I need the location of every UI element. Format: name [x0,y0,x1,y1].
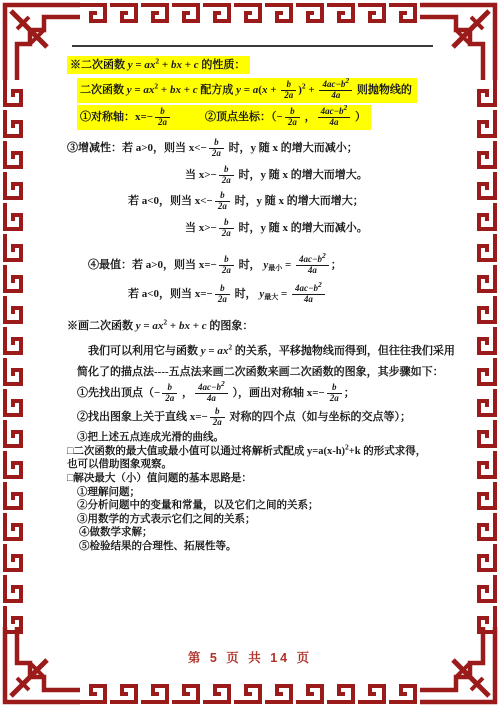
monotonicity-line-4: 当 x>−b2a 时，y 随 x 的增大而减小。 [67,218,439,239]
monotonicity-line-3: 若 a<0，则当 x<−b2a 时，y 随 x 的增大而增大； [67,191,439,212]
monotonicity-line-1: ③增减性：若 a>0，则当 x<−b2a 时，y 随 x 的增大而减小； [67,138,439,159]
max-min-note-line-2: 也可以借助图象观察。 [67,458,439,472]
solving-step-5: ⑤检验结果的合理性、拓展性等。 [67,540,439,554]
axis-vertex-line: ①对称轴：x=−b2a ②顶点坐标：（−b2a ，4ac−b24a ） [67,105,439,130]
max-min-note-line-1: □二次函数的最大值或最小值可以通过将解析式配成 y=a(x-h)2+k 的形式求… [67,445,439,459]
page-footer: 第 5 页 共 14 页 [0,648,500,666]
graph-step-3: ③把上述五点连成光滑的曲线。 [67,431,439,445]
graph-intro-line-1: 我们可以利用它与函数 y = ax2 的关系，平移抛物线而得到，但往往我们采用 [67,344,439,358]
document-body: ※二次函数 y = ax2 + bx + c 的性质：二次函数 y = ax2 … [67,56,439,554]
solving-step-1: ①理解问题； [67,486,439,500]
properties-title-line: ※二次函数 y = ax2 + bx + c 的性质： [67,56,439,74]
graph-title-line: ※画二次函数 y = ax2 + bx + c 的图象： [67,319,439,333]
solving-step-4: ④做数学求解； [67,526,439,540]
graph-step-2: ②找出图象上关于直线 x=−b2a 对称的四个点（如与坐标的交点等）； [67,407,439,428]
graph-intro-line-2: 简化了的描点法----五点法来画二次函数来画二次函数的图象，其步骤如下： [67,365,439,379]
completing-square-line: 二次函数 y = ax2 + bx + c 配方成 y = a(x + b2a)… [67,78,439,103]
extremum-line-1: ④最值：若 a>0，则当 x=−b2a 时， y最小 = 4ac−b24a； [67,255,439,276]
monotonicity-line-2: 当 x>−b2a 时，y 随 x 的增大而增大。 [67,165,439,186]
solving-ideas-title: □解决最大（小）值问题的基本思路是： [67,472,439,486]
document-page: ※二次函数 y = ax2 + bx + c 的性质：二次函数 y = ax2 … [0,0,500,707]
header-rule [72,45,433,47]
extremum-line-2: 若 a<0，则当 x=−b2a 时， y最大 = 4ac−b24a [67,284,439,305]
solving-step-2: ②分析问题中的变量和常量，以及它们之间的关系； [67,499,439,513]
solving-step-3: ③用数学的方式表示它们之间的关系； [67,513,439,527]
graph-step-1: ①先找出顶点（−b2a ，4ac−b24a ），画出对称轴 x=−b2a； [67,383,439,404]
